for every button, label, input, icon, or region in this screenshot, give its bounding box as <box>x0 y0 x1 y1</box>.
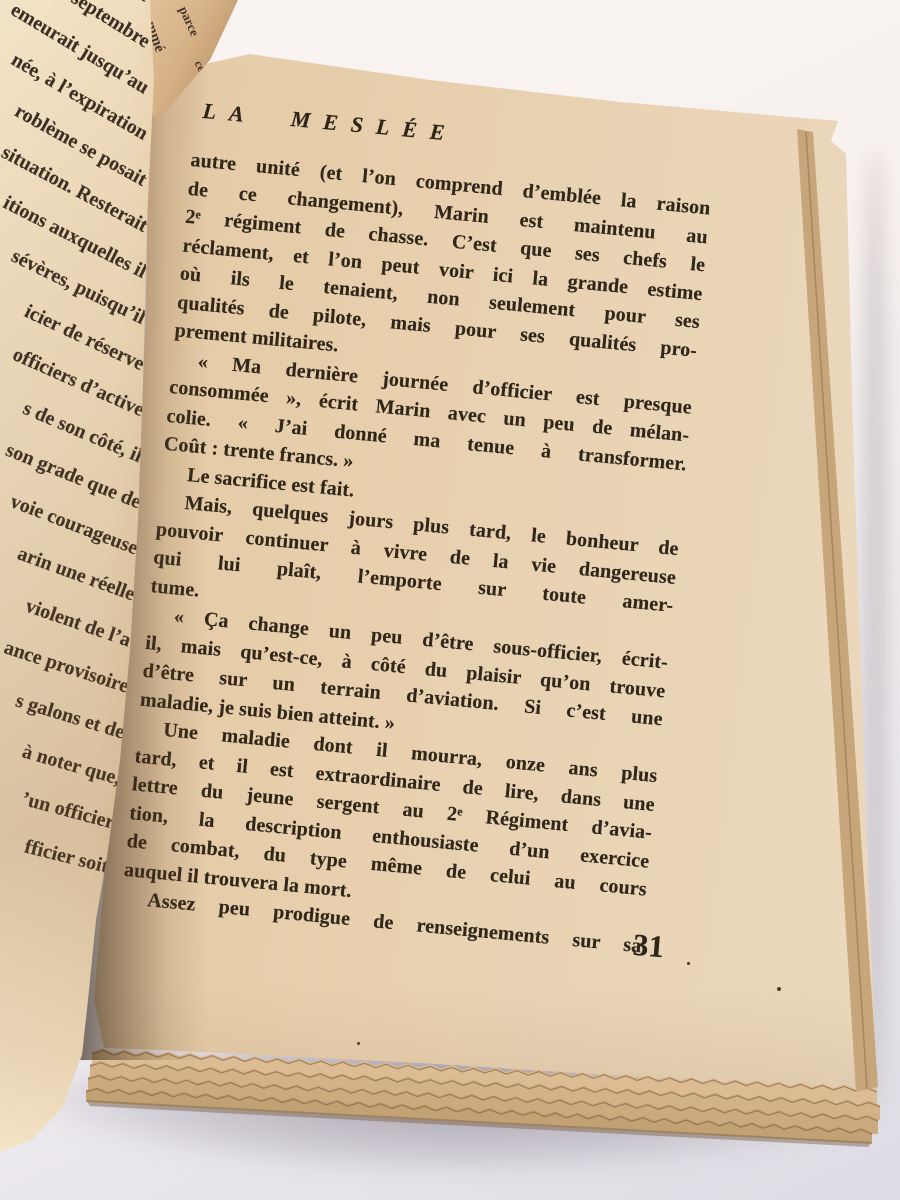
paper-speck <box>777 987 781 991</box>
paper-speck <box>357 1042 360 1045</box>
page-title: LA MESLÉE <box>202 98 459 147</box>
book-photo: LA MESLÉE autre unité (et l’on comprend … <box>0 0 900 1200</box>
page-number: 31 <box>632 927 666 965</box>
left-page-fragment: parce <box>175 4 202 39</box>
body-text: autre unité (et l’on comprend d’emblée l… <box>120 146 711 961</box>
paper-speck <box>687 962 690 965</box>
